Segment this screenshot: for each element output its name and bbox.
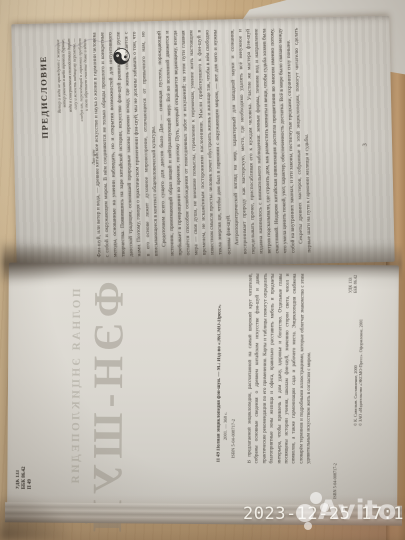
- preface-epigraph: Ветер и вода не враждуют с живущим: вете…: [55, 38, 92, 172]
- ghost-title: ФЭН-ШУЙ: [84, 281, 147, 481]
- avito-logo-dot: [304, 522, 312, 530]
- preface-paragraph: Фэн-шуй, или ветер и вода, — древнее кит…: [90, 31, 160, 257]
- biblio-line2: 2001. — 368 с.: [222, 272, 229, 462]
- isbn: ISBN 5-04-008717-2: [230, 272, 237, 462]
- udk-code: УДК 133: [15, 444, 21, 489]
- copyright-line2: © ЗАО «Издательство «ЭКСМО-Пресс». Оформ…: [358, 289, 364, 426]
- cipher-code: П 49: [27, 444, 33, 489]
- bottom-left-shadow: [0, 495, 70, 540]
- copyright-block: © К. Савельев. Составление, 2000 © ЗАО «…: [352, 289, 368, 426]
- book-gutter-shadow-left: [0, 238, 90, 286]
- preface-paragraph: Средоточием всего сущего для даосов было…: [155, 29, 233, 256]
- avito-logo-dot: [296, 504, 314, 522]
- bbk-code: ББК 86.42: [21, 444, 27, 489]
- avito-watermark: Avito: [290, 490, 405, 535]
- annotation-text: В предлагаемой энциклопедии, рассчитанно…: [246, 273, 339, 464]
- avito-book-photo: ФЭН-ШУЙ полная энциклопедия ПРЕДИСЛОВИЕ …: [0, 0, 405, 540]
- catalog-codes: УДК 133 ББК 86.42 П 49: [15, 444, 41, 489]
- avito-wordmark: Avito: [318, 495, 396, 526]
- page-number: 3: [361, 138, 370, 150]
- preface-body-text: Фэн-шуй, или ветер и вода, — древнее кит…: [90, 26, 362, 257]
- preface-page: ПРЕДИСЛОВИЕ Ветер и вода не враждуют с ж…: [11, 16, 394, 271]
- bibliographic-entry: П 49 Полная энциклопедия фэн-шуй. — М.: …: [216, 272, 243, 462]
- preface-heading: ПРЕДИСЛОВИЕ: [38, 58, 56, 138]
- copyright-page: ПОЛНАЯ ЭНЦИКЛОПЕДИЯ ФЭН-ШУЙ УДК 133 ББК …: [7, 263, 399, 512]
- preface-paragraph: Антропоцентрический взгляд на мир, харак…: [228, 28, 298, 254]
